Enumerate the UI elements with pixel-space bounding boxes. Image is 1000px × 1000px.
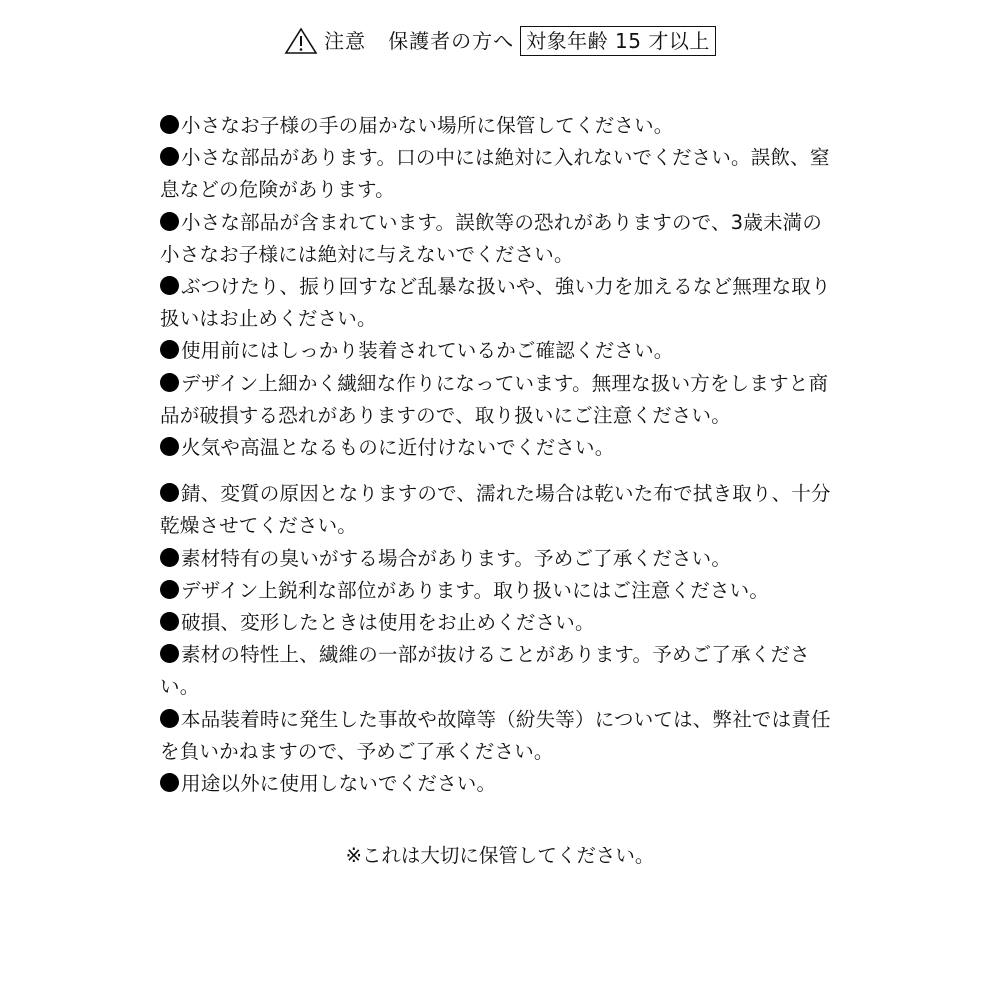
bullet-icon bbox=[160, 709, 179, 728]
caution-item: 小さな部品が含まれています。誤飲等の恐れがありますので、3歳未満の小さなお子様に… bbox=[160, 207, 840, 271]
caution-item: ぶつけたり、振り回すなど乱暴な扱いや、強い力を加えるなど無理な取り扱いはお止めく… bbox=[160, 271, 840, 335]
audience-label: 保護者の方へ bbox=[388, 27, 514, 55]
bullet-icon bbox=[160, 115, 179, 134]
bullet-icon bbox=[160, 548, 179, 567]
caution-item: デザイン上鋭利な部位があります。取り扱いにはご注意ください。 bbox=[160, 575, 840, 607]
caution-item: 素材の特性上、繊維の一部が抜けることがあります。予めご了承ください。 bbox=[160, 639, 840, 703]
warning-header: 注意 保護者の方へ 対象年齢 15 才以上 bbox=[0, 26, 1000, 56]
caution-title: 注意 bbox=[324, 27, 366, 55]
caution-item: 火気や高温となるものに近付けないでください。 bbox=[160, 432, 840, 464]
caution-item: 用途以外に使用しないでください。 bbox=[160, 768, 840, 800]
warning-triangle-icon bbox=[284, 27, 318, 55]
storage-note: ※これは大切に保管してください。 bbox=[0, 840, 1000, 872]
bullet-icon bbox=[160, 276, 179, 295]
bullet-icon bbox=[160, 773, 179, 792]
bullet-icon bbox=[160, 483, 179, 502]
caution-item: 素材特有の臭いがする場合があります。予めご了承ください。 bbox=[160, 543, 840, 575]
caution-list: 小さなお子様の手の届かない場所に保管してください。 小さな部品があります。口の中… bbox=[160, 110, 840, 800]
caution-item: 本品装着時に発生した事故や故障等（紛失等）については、弊社では責任を負いかねます… bbox=[160, 704, 840, 768]
bullet-icon bbox=[160, 373, 179, 392]
caution-group-1: 小さなお子様の手の届かない場所に保管してください。 小さな部品があります。口の中… bbox=[160, 110, 840, 464]
caution-item: 使用前にはしっかり装着されているかご確認ください。 bbox=[160, 335, 840, 367]
caution-item: 小さな部品があります。口の中には絶対に入れないでください。誤飲、窒息などの危険が… bbox=[160, 142, 840, 206]
caution-item: 小さなお子様の手の届かない場所に保管してください。 bbox=[160, 110, 840, 142]
bullet-icon bbox=[160, 340, 179, 359]
bullet-icon bbox=[160, 212, 179, 231]
bullet-icon bbox=[160, 437, 179, 456]
caution-group-2: 錆、変質の原因となりますので、濡れた場合は乾いた布で拭き取り、十分乾燥させてくだ… bbox=[160, 478, 840, 800]
caution-item: デザイン上細かく繊細な作りになっています。無理な扱い方をしますと商品が破損する恐… bbox=[160, 368, 840, 432]
caution-item: 錆、変質の原因となりますので、濡れた場合は乾いた布で拭き取り、十分乾燥させてくだ… bbox=[160, 478, 840, 542]
bullet-icon bbox=[160, 612, 179, 631]
age-rating-badge: 対象年齢 15 才以上 bbox=[520, 26, 716, 56]
bullet-icon bbox=[160, 644, 179, 663]
bullet-icon bbox=[160, 580, 179, 599]
group-divider bbox=[160, 464, 840, 478]
caution-item: 破損、変形したときは使用をお止めください。 bbox=[160, 607, 840, 639]
bullet-icon bbox=[160, 147, 179, 166]
